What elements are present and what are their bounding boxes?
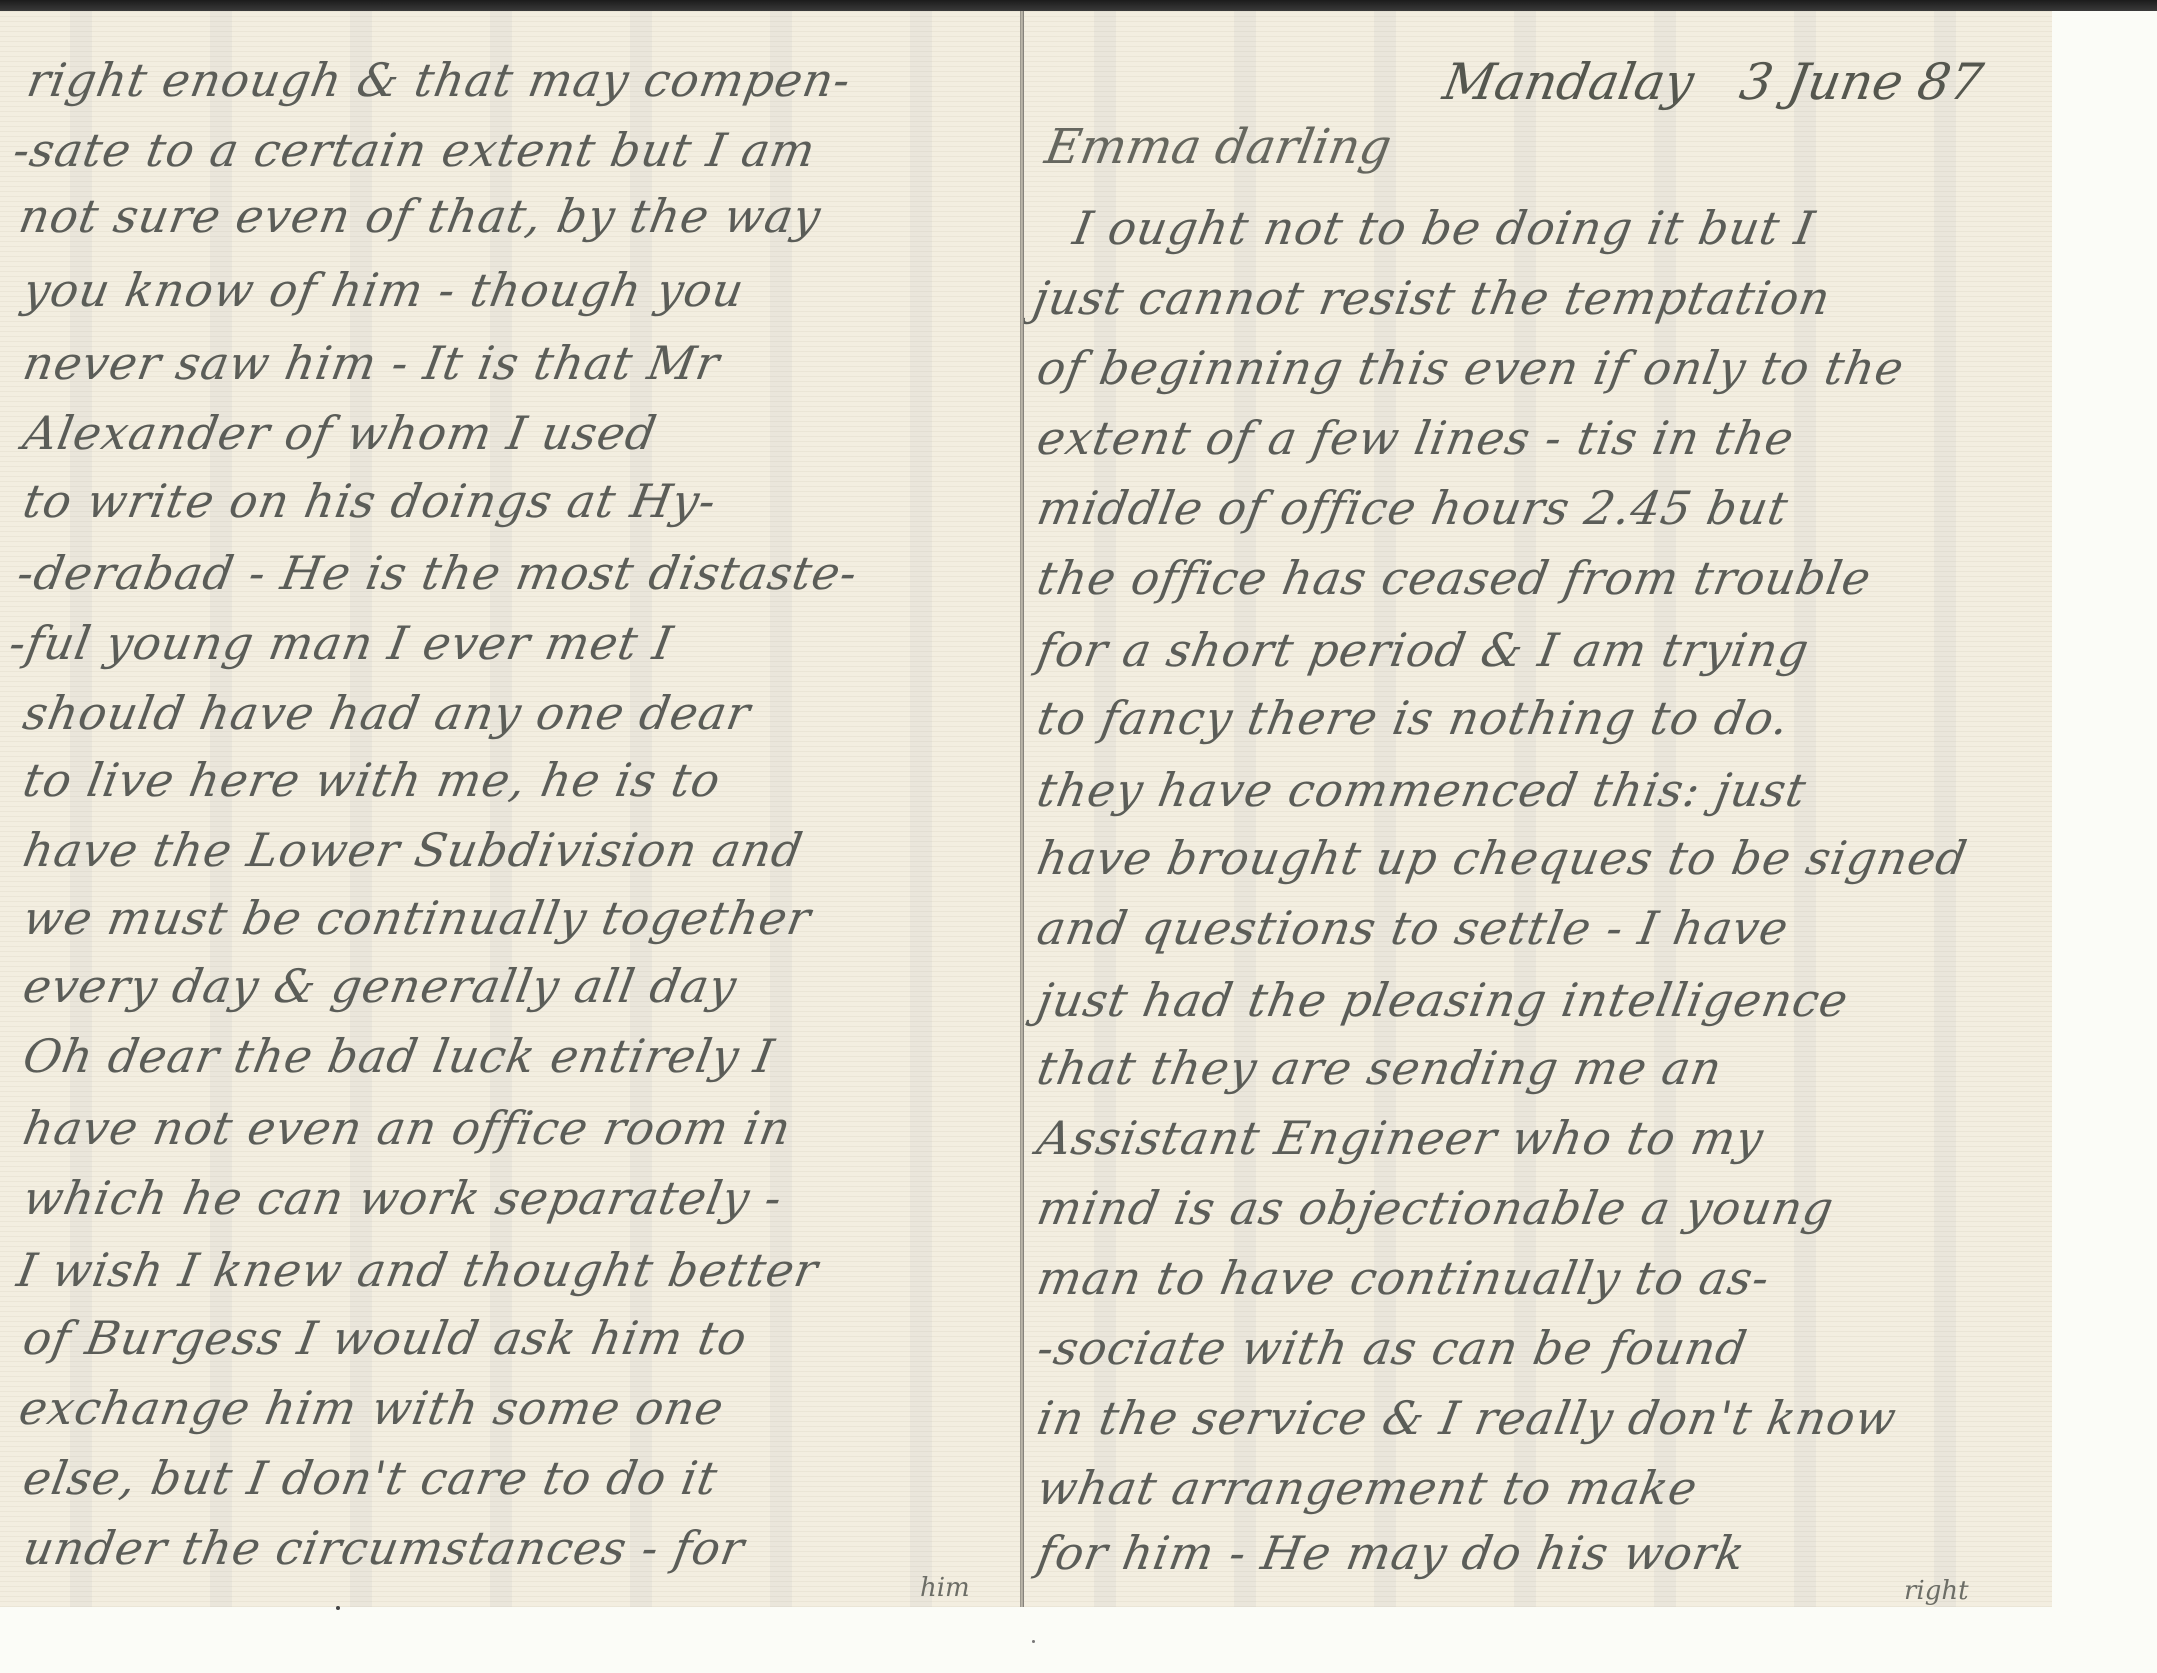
left-line-21: else, but I don't care to do it [19,1451,722,1505]
right-line-17: -sociate with as can be found [1033,1321,1751,1375]
left-line-17: which he can work separately - [19,1171,786,1225]
right-line-8: to fancy there is nothing to do. [1033,691,1793,745]
right-line-18: in the service & I really don't know [1033,1391,1901,1445]
scan-speck [1032,1640,1035,1643]
letter-date: 3 June 87 [1736,53,1987,111]
left-line-9: -ful young man I ever met I [5,616,677,670]
left-page-catchword: him [920,1573,970,1603]
left-line-6: Alexander of whom I used [19,406,661,460]
left-line-8: -derabad - He is the most distaste- [13,546,862,600]
left-line-11: to live here with me, he is to [19,753,725,807]
right-line-20: for him - He may do his work [1033,1526,1749,1580]
right-page: Mandalay 3 June 87 Emma darling I ought … [1024,11,2052,1607]
show-through-ink [0,11,1020,1607]
right-line-15: mind is as objectionable a young [1033,1181,1838,1235]
right-line-3: of beginning this even if only to the [1033,341,1908,395]
right-line-7: for a short period & I am trying [1033,623,1813,677]
left-line-2: -sate to a certain extent but I am [9,123,820,177]
right-line-5: middle of office hours 2.45 but [1033,481,1792,535]
scan-speck [336,1606,340,1610]
left-line-14: every day & generally all day [19,959,741,1013]
right-line-2: just cannot resist the temptation [1029,271,1835,325]
right-line-10: have brought up cheques to be signed [1033,831,1971,885]
right-line-9: they have commenced this: just [1033,763,1810,817]
left-line-3: not sure even of that, by the way [15,189,825,243]
left-line-19: of Burgess I would ask him to [19,1311,751,1365]
left-line-20: exchange him with some one [15,1381,728,1435]
right-line-6: the office has ceased from trouble [1033,551,1875,605]
right-line-13: that they are sending me an [1033,1041,1726,1095]
right-line-14: Assistant Engineer who to my [1033,1111,1768,1165]
letter-heading: Mandalay 3 June 87 [1439,53,1987,111]
left-line-5: never saw him - It is that Mr [19,336,724,390]
right-line-16: man to have continually to as- [1033,1251,1774,1305]
right-line-1: I ought not to be doing it but I [1069,201,1819,255]
left-line-12: have the Lower Subdivision and [19,823,807,877]
right-line-12: just had the pleasing intelligence [1033,973,1852,1027]
salutation: Emma darling [1041,119,1395,175]
left-page: right enough & that may compen- -sate to… [0,11,1020,1607]
left-line-16: have not even an office room in [19,1101,795,1155]
right-line-4: extent of a few lines - tis in the [1033,411,1798,465]
right-page-catchword: right [1904,1576,1969,1606]
scanner-top-border [0,0,2157,11]
left-line-4: you know of him - though you [19,263,748,317]
right-line-19: what arrangement to make [1033,1461,1702,1515]
right-line-11: and questions to settle - I have [1033,901,1793,955]
left-line-7: to write on his doings at Hy- [19,474,721,528]
letter-scan: right enough & that may compen- -sate to… [0,0,2157,1673]
letter-place: Mandalay [1439,53,1698,111]
left-line-10: should have had any one dear [19,686,755,740]
left-line-13: we must be continually together [19,891,815,945]
left-line-18: I wish I knew and thought better [13,1243,822,1297]
left-line-22: under the circumstances - for [19,1521,749,1575]
left-line-1: right enough & that may compen- [23,53,855,107]
left-line-15: Oh dear the bad luck entirely I [19,1029,778,1083]
